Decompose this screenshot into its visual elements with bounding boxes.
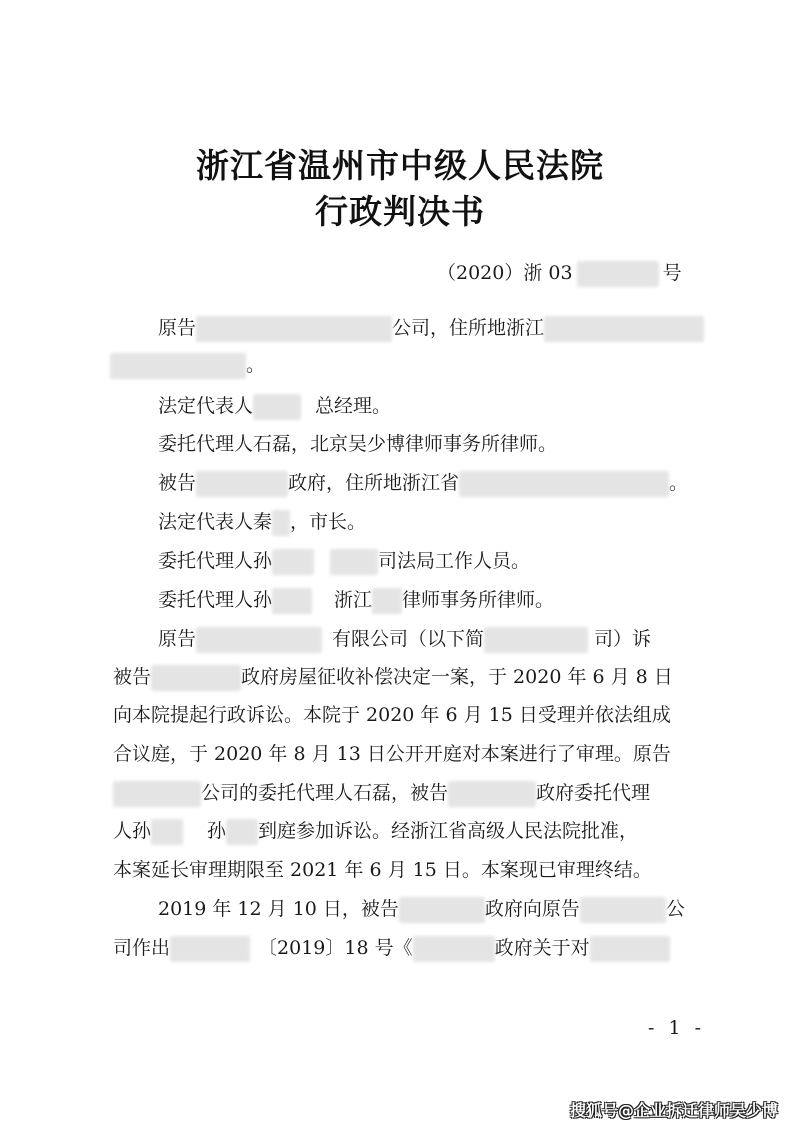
redacted-block [544, 316, 704, 342]
redacted-block [253, 394, 301, 420]
plaintiff-address-line: 。 [110, 352, 265, 378]
redacted-block [196, 471, 288, 497]
body-line: 被告政府房屋征收补偿决定一案，于 2020 年 6 月 8 日 [113, 664, 673, 690]
redacted-block [226, 819, 258, 845]
redacted-block [113, 781, 201, 807]
plaintiff-representative-line: 法定代表人总经理。 [158, 393, 391, 419]
redacted-block [484, 627, 588, 653]
redacted-block [590, 936, 670, 962]
defendant-representative-line: 法定代表人秦，市长。 [158, 509, 366, 535]
case-intro-line: 原告有限公司（以下简司）诉 [158, 626, 651, 652]
redacted-block [151, 665, 241, 691]
defendant-agent-1-line: 委托代理人孙司法局工作人员。 [158, 548, 530, 574]
watermark: 搜狐号@企业拆迁律师吴少博 [570, 1098, 778, 1121]
body-line: 本案延长审理期限至 2021 年 6 月 15 日。本案现已审理终结。 [113, 857, 652, 883]
redacted-block [272, 549, 314, 575]
body-line: 人孙孙到庭参加诉讼。经浙江省高级人民法院批准， [113, 818, 638, 844]
defendant-agent-2-line: 委托代理人孙浙江律师事务所律师。 [158, 587, 554, 613]
court-title: 浙江省温州市中级人民法院 [0, 140, 800, 187]
redacted-block [399, 897, 485, 923]
body-line: 合议庭，于 2020 年 8 月 13 日公开开庭对本案进行了审理。原告 [113, 741, 671, 767]
defendant-line: 被告政府，住所地浙江省。 [158, 470, 688, 496]
body-line: 司作出〔2019〕18 号《政府关于对 [113, 935, 670, 961]
plaintiff-agent-line: 委托代理人石磊，北京吴少博律师事务所律师。 [158, 431, 557, 457]
redacted-block [196, 316, 392, 342]
redacted-block [330, 549, 378, 575]
redacted-block [170, 936, 250, 962]
redacted-block [459, 471, 669, 497]
redacted-block [110, 353, 246, 379]
body-line: 公司的委托代理人石磊，被告政府委托代理 [113, 780, 650, 806]
plaintiff-line: 原告公司，住所地浙江 [158, 315, 704, 341]
document-type-title: 行政判决书 [0, 186, 800, 233]
body-line: 向本院提起行政诉讼。本院于 2020 年 6 月 15 日受理并依法组成 [113, 702, 671, 728]
redacted-block [413, 936, 495, 962]
redacted-block [372, 588, 402, 614]
redacted-block [272, 588, 312, 614]
page-number: - 1 - [648, 1017, 705, 1039]
redacted-block [196, 627, 322, 653]
redacted-block [448, 781, 536, 807]
redacted-block [577, 261, 659, 287]
body-line: 2019 年 12 月 10 日，被告政府向原告公 [158, 896, 685, 922]
redacted-block [272, 510, 290, 536]
redacted-block [580, 897, 666, 923]
case-number: （2020）浙 03号 [437, 258, 682, 287]
redacted-block [151, 819, 183, 845]
